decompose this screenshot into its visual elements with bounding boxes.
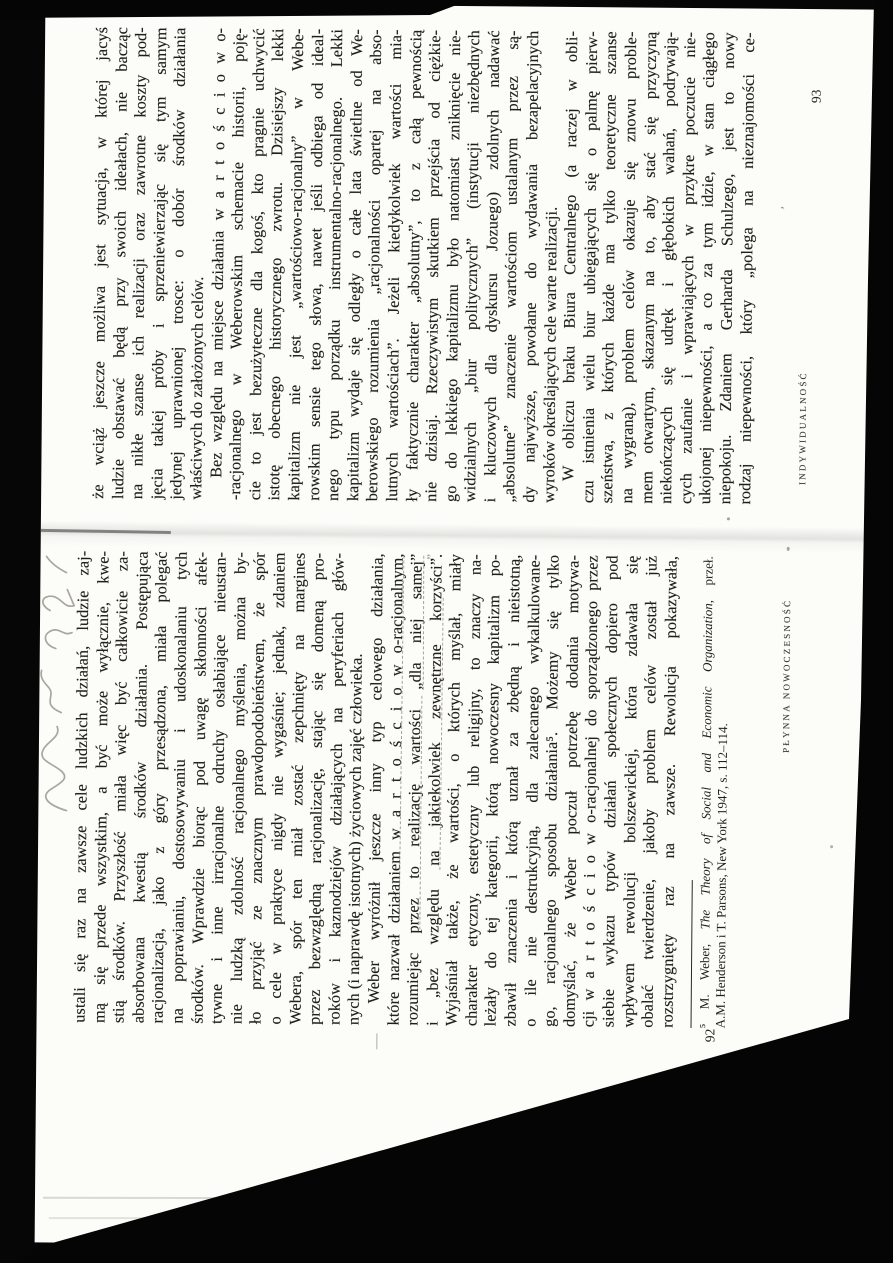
page-93: że wciąż jeszcze możliwa jest sytuacja, … [55,2,870,531]
footnote: ⁵ M. Weber, The Theory of Social and Eco… [691,556,732,1028]
footnote-text: ⁵ M. Weber, [697,929,713,1028]
pencil-dot [727,517,730,520]
page-93-body: że wciąż jeszcze możliwa jest sytuacja, … [89,27,759,505]
footnote-text: , przeł. [700,556,715,603]
pencil-margin-mark: „ [417,554,433,560]
scanned-book-photo: { "document_type": "scanned book spread,… [0,0,893,1263]
scan-speck [830,845,833,848]
running-footer-right: INDYWIDUALNOŚĆ [797,371,808,485]
pencil-mark: ’ [777,205,794,213]
page-number-92: 92 [702,1029,718,1043]
page-92: ustali się raz na zawsze cele ludzkich d… [35,526,880,1059]
page-92-body: ustali się raz na zawsze cele ludzkich d… [71,551,683,1028]
scan-speck [787,547,790,551]
footnote-rule [691,880,693,1028]
pencil-margin-tick [376,1033,377,1049]
page-number-93: 93 [809,90,825,104]
footnote-italic-title: The Theory of Social and Economic Organi… [697,603,715,929]
margin-handwriting-scribble [35,548,79,816]
text-line: rozstrzygnięty raz na zawsze. Rewolucja … [658,556,682,1028]
running-footer-left: PŁYNNA NOWOCZESNOŚĆ [781,599,792,753]
text-line: rodzaj niepewności, który „polega na nie… [736,32,760,504]
